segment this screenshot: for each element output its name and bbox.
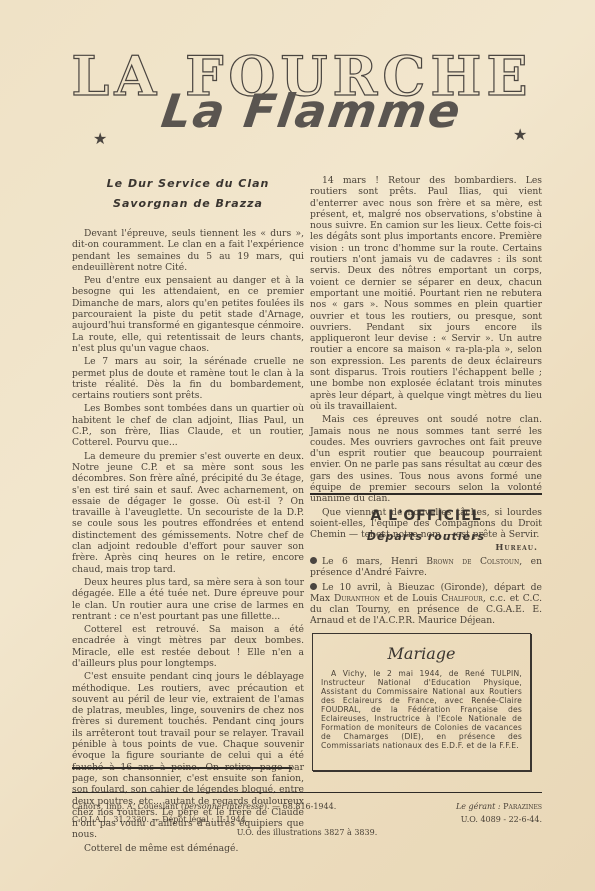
imprint-legal: C.O.I.A.L. 31.2330. — Dépôt légal : II-1…	[72, 813, 248, 826]
mariage-text: A Vichy, le 2 mai 1944, de René TULPIN, …	[321, 669, 522, 750]
list-item: Le 6 mars, Henri Brown de Colstoun, en p…	[310, 556, 542, 579]
masthead: LA FOURCHE La Flamme ★ ★	[52, 48, 552, 133]
imprint-printer: Cahors, Imp. A. Coueslant (personnel int…	[72, 800, 336, 813]
article-title-line2: Savorgnan de Brazza	[72, 197, 304, 210]
article-column-left: Devant l'épreuve, seuls tiennent les « d…	[72, 228, 304, 856]
newsletter-page: LA FOURCHE La Flamme ★ ★ Le Dur Service …	[0, 0, 595, 891]
paragraph: 14 mars ! Retour des bombardiers. Les ro…	[310, 175, 542, 412]
masthead-subtitle: La Flamme	[158, 86, 465, 136]
departs-heading: Départs routiers	[310, 530, 542, 543]
section-divider	[310, 493, 542, 495]
footer-divider	[72, 792, 542, 793]
article-title-line1: Le Dur Service du Clan	[72, 177, 304, 190]
imprint-illustrations: U.O. des illustrations 3827 à 3839.	[72, 826, 542, 839]
mariage-heading: Mariage	[313, 644, 530, 663]
imprint-manager: Le gérant : Parazines	[456, 800, 542, 813]
star-icon: ★	[513, 127, 527, 143]
section-divider	[72, 767, 292, 769]
mariage-box: Mariage A Vichy, le 2 mai 1944, de René …	[312, 633, 531, 771]
bullet-icon	[310, 583, 317, 590]
officiel-heading: A L'OFFICIEL	[310, 508, 542, 524]
paragraph: Le 7 mars au soir, la sérénade cruelle n…	[72, 356, 304, 401]
article-signature: Hureau.	[310, 543, 542, 554]
departs-list: Le 6 mars, Henri Brown de Colstoun, en p…	[310, 556, 542, 630]
bullet-icon	[310, 557, 317, 564]
paragraph: Cotterel est retrouvé. Sa maison a été e…	[72, 624, 304, 669]
paragraph: Peu d'entre eux pensaient au danger et à…	[72, 275, 304, 354]
paragraph: Cotterel de même est déménagé.	[72, 843, 304, 854]
article-column-right: 14 mars ! Retour des bombardiers. Les ro…	[310, 175, 542, 554]
star-icon: ★	[93, 131, 107, 147]
paragraph: Mais ces épreuves ont soudé notre clan. …	[310, 414, 542, 504]
paragraph: Devant l'épreuve, seuls tiennent les « d…	[72, 228, 304, 273]
imprint-uo: U.O. 4089 - 22-6-44.	[461, 813, 542, 826]
paragraph: Les Bombes sont tombées dans un quartier…	[72, 403, 304, 448]
imprint-footer: Cahors, Imp. A. Coueslant (personnel int…	[72, 800, 542, 839]
paragraph: La demeure du premier s'est ouverte en d…	[72, 451, 304, 575]
list-item: Le 10 avril, à Bieuzac (Gironde), départ…	[310, 582, 542, 627]
paragraph: Deux heures plus tard, sa mère sera à so…	[72, 577, 304, 622]
